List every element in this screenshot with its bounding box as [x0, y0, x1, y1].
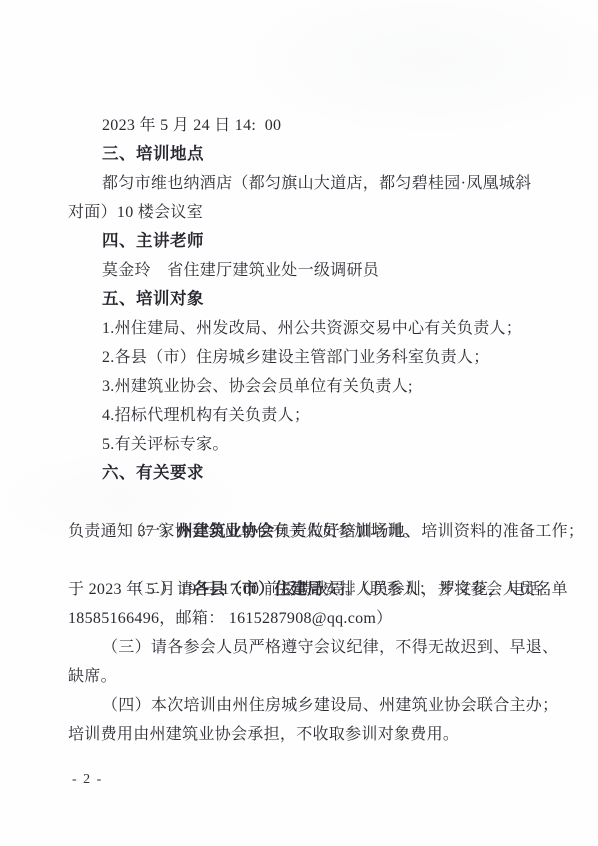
section-heading-requirements: 六、有关要求: [68, 459, 540, 488]
requirement-3-line-2: 缺席。: [68, 662, 540, 691]
venue-line-1: 都匀市维也纳酒店（都匀旗山大道店，都匀碧桂园·凤凰城斜: [68, 169, 540, 198]
audience-item-2: 2.各县（市）住房城乡建设主管部门业务科室负责人；: [68, 343, 540, 372]
audience-item-4: 4.招标代理机构有关负责人；: [68, 401, 540, 430]
speaker-line: 莫金玲 省住建厅建筑业处一级调研员: [68, 256, 540, 285]
meeting-datetime: 2023 年 5 月 24 日 14: 00: [68, 111, 540, 140]
requirement-1-line-1: （一）州建筑业协会负责做好培训场地、培训资料的准备工作；: [68, 488, 540, 517]
requirement-4-line-1: （四）本次培训由州住房城乡建设局、州建筑业协会联合主办；: [68, 691, 540, 720]
requirement-2-line-2: 于 2023 年 5 月 19 日 17:00 前反馈我局。（联系人： 罗文花，…: [68, 575, 540, 604]
scanned-document-page: 2023 年 5 月 24 日 14: 00 三、培训地点 都匀市维也纳酒店（都…: [0, 0, 598, 846]
section-heading-speaker: 四、主讲老师: [68, 227, 540, 256]
requirement-2-line-3: 18585166496，邮箱： 1615287908@qq.com）: [68, 604, 540, 633]
audience-item-1: 1.州住建局、州发改局、州公共资源交易中心有关负责人；: [68, 314, 540, 343]
section-heading-location: 三、培训地点: [68, 140, 540, 169]
venue-line-2: 对面）10 楼会议室: [68, 198, 540, 227]
audience-item-5: 5.有关评标专家。: [68, 430, 540, 459]
audience-item-3: 3.州建筑业协会、协会会员单位有关负责人;: [68, 372, 540, 401]
requirement-2-line-1: （二）请各县（市）住建局安排人员参训，并将参会人员名单: [68, 546, 540, 575]
section-heading-audience: 五、培训对象: [68, 285, 540, 314]
requirement-3-line-1: （三）请各参会人员严格遵守会议纪律，不得无故迟到、早退、: [68, 633, 540, 662]
document-body: 2023 年 5 月 24 日 14: 00 三、培训地点 都匀市维也纳酒店（都…: [68, 111, 540, 749]
requirement-4-line-2: 培训费用由州建筑业协会承担，不收取参训对象费用。: [68, 720, 540, 749]
page-number: - 2 -: [72, 772, 103, 788]
